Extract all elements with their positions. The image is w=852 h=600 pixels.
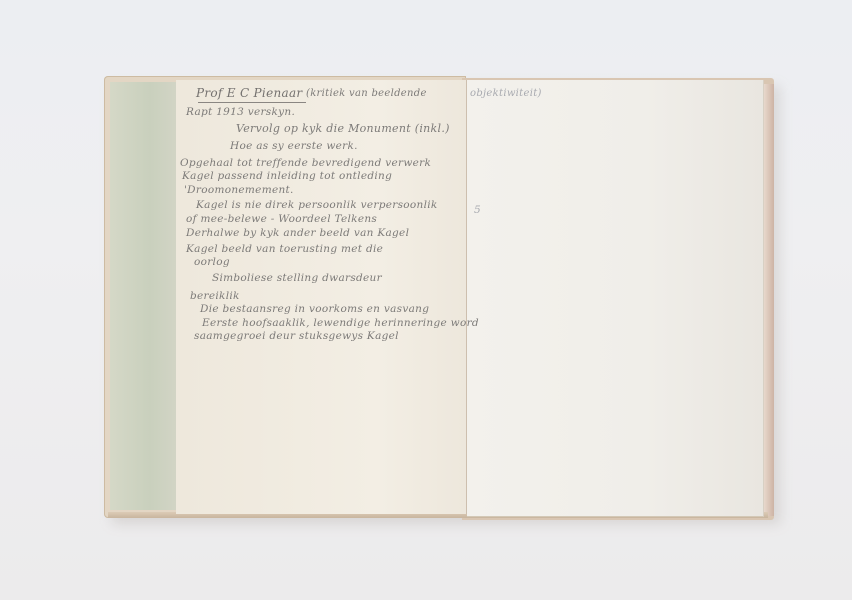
handwritten-line: Die bestaansreg in voorkoms en vasvang: [200, 303, 429, 315]
handwritten-line: Rapt 1913 verskyn.: [186, 106, 295, 118]
handwritten-line: Vervolg op kyk die Monument (inkl.): [236, 122, 450, 135]
handwritten-heading: Prof E C Pienaar: [196, 86, 302, 100]
handwritten-line: Eerste hoofsaaklik, lewendige herinnerin…: [202, 317, 479, 329]
handwritten-line: Kagel beeld van toerusting met die: [186, 243, 383, 255]
right-page: [467, 80, 764, 517]
handwritten-line: Opgehaal tot treffende bevredigend verwe…: [180, 157, 431, 169]
handwritten-line: bereiklik: [190, 290, 240, 302]
margin-mark: 5: [474, 204, 481, 216]
handwritten-heading-overflow: objektiwiteit): [470, 88, 542, 99]
green-endpaper-flap: [110, 82, 176, 510]
handwritten-heading-tail: (kritiek van beeldende: [306, 88, 427, 99]
handwritten-line: Kagel is nie direk persoonlik verpersoon…: [196, 199, 438, 211]
book-page-edge: [764, 84, 774, 516]
handwritten-line: 'Droomonemement.: [184, 184, 294, 196]
handwritten-line: Hoe as sy eerste werk.: [230, 140, 358, 152]
heading-underline: [198, 102, 306, 103]
handwritten-line: of mee-belewe - Woordeel Telkens: [186, 213, 377, 225]
handwritten-line: Kagel passend inleiding tot ontleding: [182, 170, 392, 182]
handwritten-line: Simboliese stelling dwarsdeur: [212, 272, 382, 284]
handwritten-line: saamgegroei deur stuksgewys Kagel: [194, 330, 399, 342]
handwritten-line: oorlog: [194, 256, 230, 268]
handwritten-line: Derhalwe by kyk ander beeld van Kagel: [186, 227, 409, 239]
